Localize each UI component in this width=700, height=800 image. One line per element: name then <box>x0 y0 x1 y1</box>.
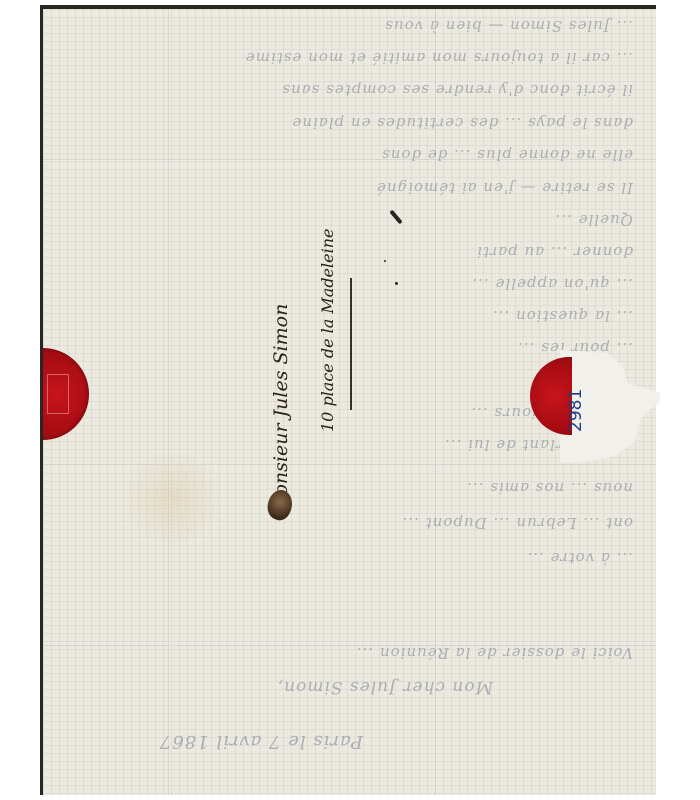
show-through-line: ... en parlant de lui ... <box>73 436 633 454</box>
show-through-line: ... qu'on appelle ... <box>73 275 633 293</box>
torn-gap <box>656 340 700 430</box>
show-through-line: ... car il a toujours mon amitié et mon … <box>73 49 633 67</box>
show-through-line: ... pour les ... <box>73 339 633 357</box>
show-through-dateline: Paris le 7 avril 1867 <box>103 731 363 752</box>
show-through-line: ont ... Lebrun ... Dupont ... <box>73 514 633 532</box>
address-recipient: Monsieur Jules Simon <box>270 304 292 515</box>
show-through-salutation: Mon cher Jules Simon, <box>153 677 493 697</box>
show-through-line: Quelle ... <box>73 211 633 229</box>
show-through-line: Il se retire — j'en ai témoigné <box>73 179 633 197</box>
show-through-line: elle ne donne plus ... de dons <box>73 146 633 164</box>
archival-number: 2981 <box>566 389 586 432</box>
show-through-line: ... à votre ... <box>73 549 633 567</box>
seal-emblem-icon <box>47 374 69 414</box>
show-through-line: ... la question ... <box>73 307 633 325</box>
show-through-line: ... Jules Simon — bien à vous <box>73 17 633 35</box>
show-through-line: donner ... au parti <box>73 243 633 261</box>
show-through-line: dans le pays ... des certitudes en plain… <box>73 114 633 132</box>
address-street: 10 place de la Madeleine <box>318 228 337 432</box>
address-underline <box>350 278 352 410</box>
show-through-line: il écrit donc d'y rendre ses comptes san… <box>73 81 633 99</box>
ink-dot <box>384 260 386 262</box>
document-scan: ... Jules Simon — bien à vous ... car il… <box>0 0 700 800</box>
show-through-line: Voici le dossier de la Réunion ... <box>73 644 633 662</box>
ink-dot <box>395 282 398 285</box>
show-through-line: nous ... nos amis ... <box>73 479 633 497</box>
